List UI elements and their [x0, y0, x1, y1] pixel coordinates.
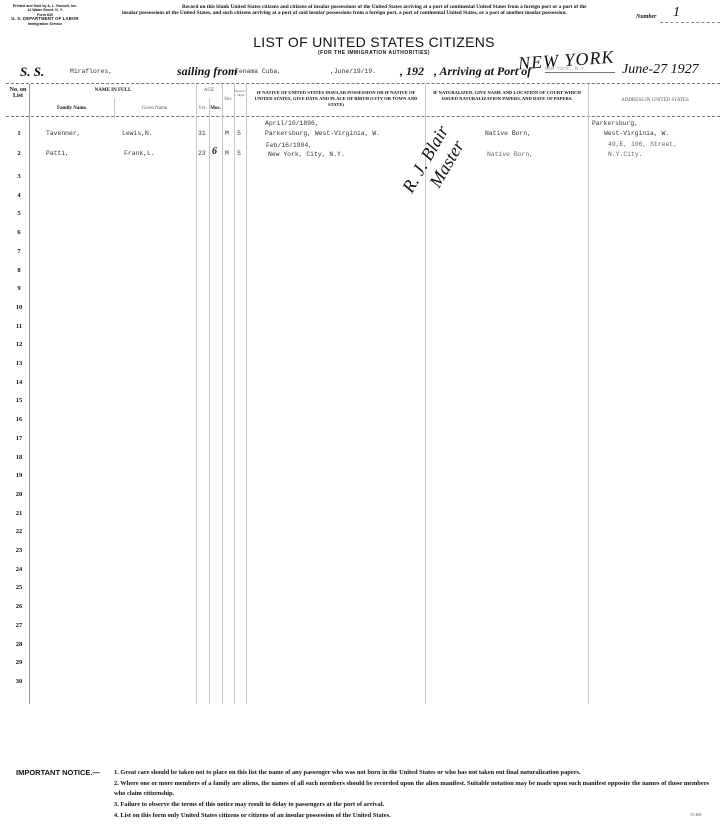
header-top-rule: [6, 83, 720, 84]
birth-date: Feb/16/1904,: [266, 142, 312, 149]
header-married: Married or Single: [234, 90, 246, 97]
column-divider: [246, 84, 247, 704]
header-mos: Mos.: [209, 106, 222, 112]
form-code: 15-408: [690, 812, 701, 817]
address-line-1: 49,E, 106, Street,: [608, 141, 677, 148]
column-divider: [222, 84, 223, 704]
row-number: 26: [8, 603, 30, 610]
column-divider: [196, 84, 197, 704]
page-title: LIST OF UNITED STATES CITIZENS: [244, 34, 504, 50]
row-number: 12: [8, 341, 30, 348]
row-number: 30: [8, 678, 30, 685]
row-number: 15: [8, 397, 30, 404]
arriving-label: , Arriving at Port of: [434, 64, 531, 79]
naturalization: Native Born,: [485, 130, 531, 137]
address-line-1: Parkersburg,: [592, 120, 638, 127]
row-number: 21: [8, 510, 30, 517]
birth-place: New York, City, N.Y.: [268, 151, 345, 158]
birth-date: April/10/1896,: [265, 120, 319, 127]
given-name: Lewis,N.: [122, 130, 153, 137]
row-number: 25: [8, 584, 30, 591]
row-number: 10: [8, 304, 30, 311]
header-yrs: Yrs.: [196, 106, 209, 112]
family-name: Tavenner,: [46, 130, 81, 137]
header-given-name: Given Name.: [114, 106, 196, 112]
family-name: Patti,: [46, 150, 69, 157]
row-number: 19: [8, 472, 30, 479]
sex: M: [225, 130, 229, 137]
notice-heading: IMPORTANT NOTICE.—: [16, 768, 100, 778]
arrival-date-handwritten: June-27 1927: [622, 62, 699, 78]
sex: M: [225, 150, 229, 157]
header-line-no: No. on List: [6, 88, 30, 100]
ship-name: Miraflores,: [70, 68, 112, 75]
age-years: 23: [198, 150, 206, 157]
number-field-line: [660, 22, 720, 23]
sailing-from-label: sailing from: [177, 64, 237, 79]
birth-place: Parkersburg, West-Virginia, W.: [265, 130, 380, 137]
notice-item: 3. Failure to observe the terms of this …: [114, 800, 714, 810]
address-line-2: West-Virginia, W.: [604, 130, 669, 137]
number-label: Number: [636, 14, 656, 20]
row-number: 13: [8, 360, 30, 367]
row-number: 28: [8, 641, 30, 648]
row-number: 7: [8, 248, 30, 255]
header-address: ADDRESS IN UNITED STATES: [590, 98, 720, 104]
married-single: S: [237, 130, 241, 137]
row-number: 8: [8, 267, 30, 274]
printer-block: Printed and Sold by A. L. Russell, Inc. …: [4, 4, 86, 26]
naturalization: Native Born,: [487, 151, 533, 158]
year-prefix: , 192: [400, 64, 424, 79]
address-line-2: N.Y.City.: [608, 151, 643, 158]
notice-item: 2. Where one or more members of a family…: [114, 779, 714, 798]
record-instruction: Record on this blank United States citiz…: [122, 4, 602, 16]
header-naturalized: IF NATURALIZED, GIVE NAME AND LOCATION O…: [432, 90, 582, 102]
row-number: 27: [8, 622, 30, 629]
given-name: Frank,L.: [124, 150, 155, 157]
row-number: 23: [8, 547, 30, 554]
column-divider: [588, 84, 589, 704]
row-number: 14: [8, 379, 30, 386]
row-number: 16: [8, 416, 30, 423]
row-number: 22: [8, 528, 30, 535]
header-sex: Sex: [222, 97, 234, 103]
column-divider: [209, 98, 210, 704]
departure-date: ,June/19/19.: [330, 68, 376, 75]
header-birth: IF NATIVE OF UNITED STATES INSULAR POSSE…: [252, 90, 420, 107]
row-number: 1: [8, 130, 30, 137]
row-number: 17: [8, 435, 30, 442]
row-number: 6: [8, 229, 30, 236]
row-number: 3: [8, 173, 30, 180]
number-value: 1: [673, 5, 680, 21]
department-name: U. S. DEPARTMENT OF LABOR: [4, 17, 86, 21]
service-name: Immigration Service: [4, 22, 86, 26]
notice-item: 1. Great care should be taken not to pla…: [114, 768, 714, 778]
row-number: 5: [8, 210, 30, 217]
age-months: 6: [212, 146, 217, 157]
age-years: 31: [198, 130, 206, 137]
row-number: 20: [8, 491, 30, 498]
header-family-name: Family Name.: [30, 106, 114, 112]
ss-label: S. S.: [20, 64, 44, 80]
row-number: 11: [8, 323, 30, 330]
master-signature: R. J. Blair Master: [398, 122, 471, 207]
notice-item: 4. List on this form only United States …: [114, 811, 714, 821]
page-subtitle: (FOR THE IMMIGRATION AUTHORITIES): [244, 50, 504, 56]
married-single: S: [237, 150, 241, 157]
row-number: 9: [8, 285, 30, 292]
header-name-in-full: NAME IN FULL: [30, 88, 196, 94]
row-number: 18: [8, 454, 30, 461]
column-divider: [234, 84, 235, 704]
header-age: AGE: [196, 88, 222, 94]
row-number: 4: [8, 192, 30, 199]
row-number: 29: [8, 659, 30, 666]
row-number: 24: [8, 566, 30, 573]
row-number: 2: [8, 150, 30, 157]
departure-port: Tenama Cuba,: [235, 68, 281, 75]
